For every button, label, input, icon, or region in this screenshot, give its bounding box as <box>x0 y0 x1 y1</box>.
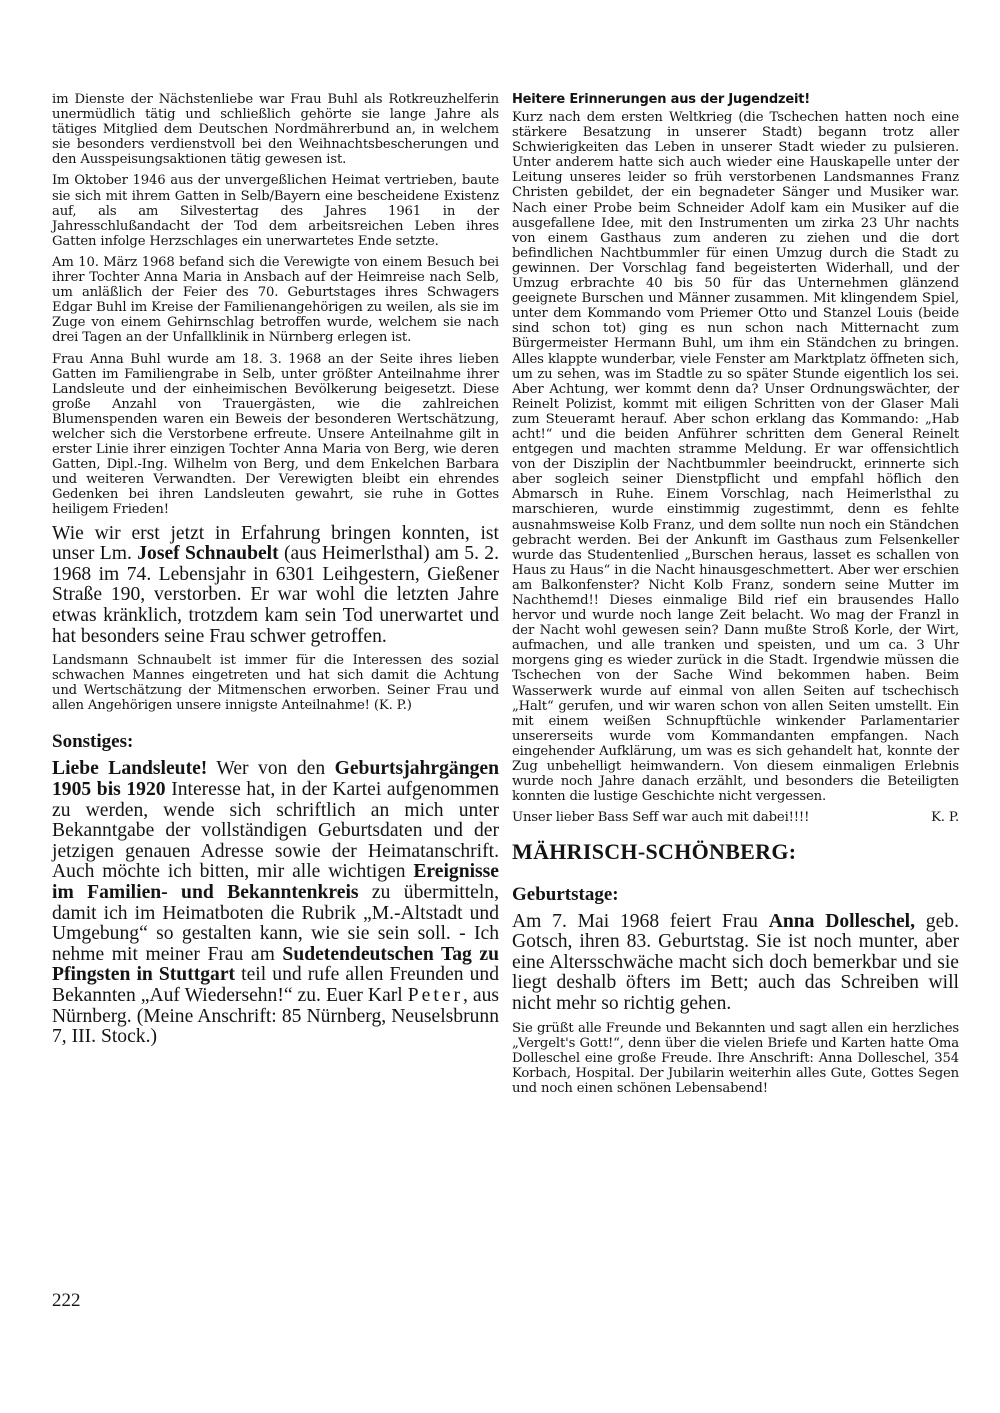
paragraph-notice: Liebe Landsleute! Wer von den Geburtsjah… <box>52 759 499 1047</box>
right-column: Heitere Erinnerungen aus der Jugendzeit!… <box>512 92 959 1096</box>
author-surname: Peter <box>408 985 463 1006</box>
section-heading: MÄHRISCH-SCHÖNBERG: <box>512 839 959 865</box>
person-name: Anna Dolleschel, <box>769 911 915 932</box>
article-heading: Heitere Erinnerungen aus der Jugendzeit! <box>512 92 959 108</box>
signature: K. P. <box>931 810 959 825</box>
paragraph: Sie grüßt alle Freunde und Bekannten und… <box>512 1021 959 1096</box>
text-run: Am 7. Mai 1968 feiert Frau <box>512 911 769 932</box>
obituary-schnaubelt: Wie wir erst jetzt in Erfahrung bringen … <box>52 524 499 714</box>
paragraph: Am 10. März 1968 befand sich die Verewig… <box>52 255 499 346</box>
paragraph-lead: Wie wir erst jetzt in Erfahrung bringen … <box>52 524 499 648</box>
paragraph: Frau Anna Buhl wurde am 18. 3. 1968 an d… <box>52 352 499 518</box>
jugendzeit-article: Heitere Erinnerungen aus der Jugendzeit!… <box>512 92 959 825</box>
paragraph-lead: Am 7. Mai 1968 feiert Frau Anna Dollesch… <box>512 912 959 1015</box>
obituary-buhl: im Dienste der Nächstenliebe war Frau Bu… <box>52 92 499 518</box>
paragraph: Landsmann Schnaubelt ist immer für die I… <box>52 653 499 713</box>
page-number: 222 <box>52 1290 81 1312</box>
closing-line: Unser lieber Bass Seff war auch mit dabe… <box>512 810 959 825</box>
bold-run: Liebe Landsleute! <box>52 758 207 779</box>
paragraph: Kurz nach dem ersten Weltkrieg (die Tsch… <box>512 110 959 804</box>
left-column: im Dienste der Nächstenliebe war Frau Bu… <box>52 92 499 1048</box>
maehrisch-schoenberg-section: MÄHRISCH-SCHÖNBERG: Geburtstage: Am 7. M… <box>512 839 959 1096</box>
text-run: Wer von den <box>207 758 334 779</box>
sonstiges-section: Sonstiges: Liebe Landsleute! Wer von den… <box>52 731 499 1047</box>
person-name: Josef Schnaubelt <box>137 543 278 564</box>
closing-text: Unser lieber Bass Seff war auch mit dabe… <box>512 810 809 825</box>
subsection-heading: Geburtstage: <box>512 884 959 906</box>
paragraph: im Dienste der Nächstenliebe war Frau Bu… <box>52 92 499 167</box>
paragraph: Im Oktober 1946 aus der unvergeßlichen H… <box>52 173 499 248</box>
section-heading: Sonstiges: <box>52 731 499 753</box>
